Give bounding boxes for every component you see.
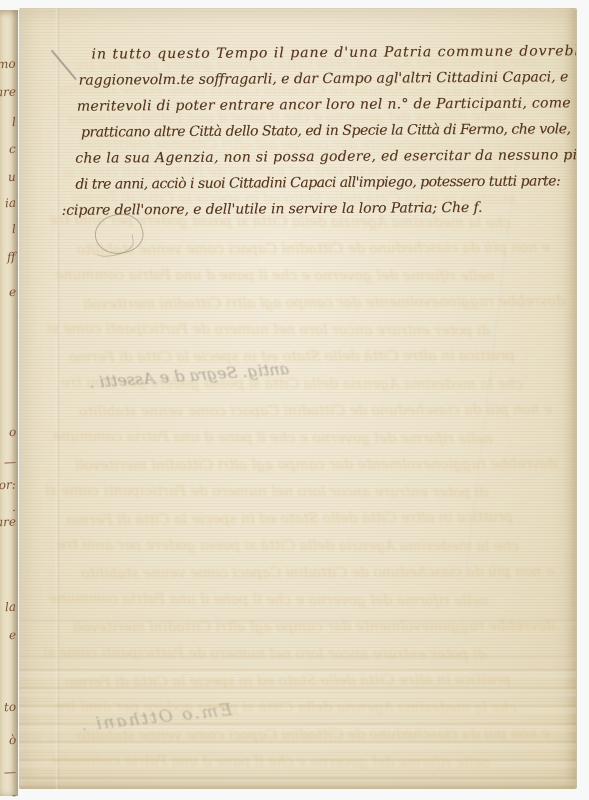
ink-bleedthrough-row: dovrebbe raggionevolmente dar campo agl … — [75, 456, 557, 474]
manuscript-line: :cipare dell'onore, e dell'utile in serv… — [61, 194, 571, 224]
strip-text-fragment: are — [0, 85, 16, 100]
ink-bleedthrough-row: e non più da ciascheduno de Cittadini Ca… — [81, 564, 554, 582]
manuscript-line: di tre anni, acciò i suoi Cittadini Capa… — [75, 168, 571, 197]
ink-bleedthrough-row: di poter entrare ancor loro nel numero d… — [47, 321, 490, 339]
ink-bleedthrough-row: prattica in altre Città dello Stato ed i… — [65, 671, 511, 690]
strip-text-fragment: — — [4, 765, 16, 779]
manuscript-line: meritevoli di poter entrare ancor loro n… — [77, 90, 571, 119]
manuscript-scan: moarelcuialffeo—cor:.arelaetoò—- che la … — [0, 0, 589, 800]
verso-showthrough-line: antig. Segra d e Assetti . — [89, 359, 290, 392]
ink-bleedthrough-row: che la medesima Agenzia della Città si p… — [55, 699, 517, 717]
ink-bleedthrough-row: nelle riforme del governo e che il pane … — [49, 590, 489, 609]
strip-text-fragment: ò — [9, 733, 17, 747]
horizontal-crease — [19, 692, 576, 696]
horizontal-crease — [19, 620, 576, 624]
adjacent-page-strip: moarelcuialffeo—cor:.arelaetoò—- — [0, 10, 18, 796]
ink-bleedthrough-row: che la medesima Agenzia della Città si p… — [61, 375, 523, 393]
manuscript-line: in tutto questo Tempo il pane d'una Patr… — [91, 38, 570, 67]
ink-bleedthrough-row: e non più da ciascheduno de Cittadini Ca… — [77, 726, 550, 744]
strip-text-fragment: ia — [5, 196, 16, 210]
ink-bleedthrough-row: nelle riforme del governo e che il pane … — [53, 428, 493, 447]
ink-bleedthrough-row: prattica in altre Città dello Stato ed i… — [67, 509, 513, 528]
ink-bleedthrough-row: prattica in altre Città dello Stato ed i… — [69, 348, 515, 366]
strip-text-fragment: o — [9, 425, 17, 439]
ink-bleedthrough-row: di poter entrare ancor loro nel numero d… — [45, 483, 488, 501]
strip-text-fragment: are — [0, 515, 16, 530]
ink-bleedthrough-row: dovrebbe raggionevolmente dar campo agl … — [83, 293, 565, 312]
ink-bleedthrough-row: che la medesima Agenzia della Città si p… — [57, 537, 519, 555]
strip-text-fragment: l — [12, 222, 16, 236]
manuscript-page: che la medesima Agenzia della Città si p… — [19, 8, 576, 789]
ink-bleedthrough-row: di poter entrare ancor loro nel numero d… — [43, 645, 486, 663]
verso-showthrough-signature: Em.o Otthani . — [78, 700, 233, 736]
strip-text-fragment: e — [9, 285, 17, 299]
manuscript-line: raggionevolm.te soffragarli, e dar Campo… — [79, 64, 571, 93]
ink-bleedthrough-row: e non più da ciascheduno de Cittadini Ca… — [77, 240, 550, 258]
manuscript-line: pratticano altre Città dello Stato, ed i… — [81, 116, 571, 145]
horizontal-crease — [19, 656, 576, 660]
strip-text-fragment: l — [12, 115, 16, 129]
strip-text-fragment: la — [5, 600, 16, 614]
strip-text-fragment: cor: — [0, 478, 16, 493]
vertical-crease-right — [463, 159, 516, 576]
strip-text-fragment: mo — [0, 57, 16, 72]
strip-text-fragment: c — [9, 142, 16, 156]
strip-text-fragment: u — [8, 170, 16, 184]
strip-text-fragment: ff — [7, 250, 16, 264]
ink-bleedthrough-row: nelle riforme del governo e che il pane … — [55, 267, 495, 285]
manuscript-line: che la sua Agenzia, non si possa godere,… — [75, 142, 571, 171]
manuscript-text-block: in tutto questo Tempo il pane d'una Patr… — [58, 38, 571, 224]
strip-text-fragment: e — [9, 628, 17, 642]
strip-text-fragment: to — [4, 700, 17, 714]
ink-bleedthrough-row: e non più da ciascheduno de Cittadini Ca… — [79, 402, 552, 420]
ink-bleedthrough-row: nelle riforme del governo e che il pane … — [51, 753, 491, 771]
strip-text-fragment: — — [4, 455, 16, 469]
strip-text-fragment: . — [12, 500, 16, 514]
strip-text-fragment: - — [12, 788, 17, 800]
